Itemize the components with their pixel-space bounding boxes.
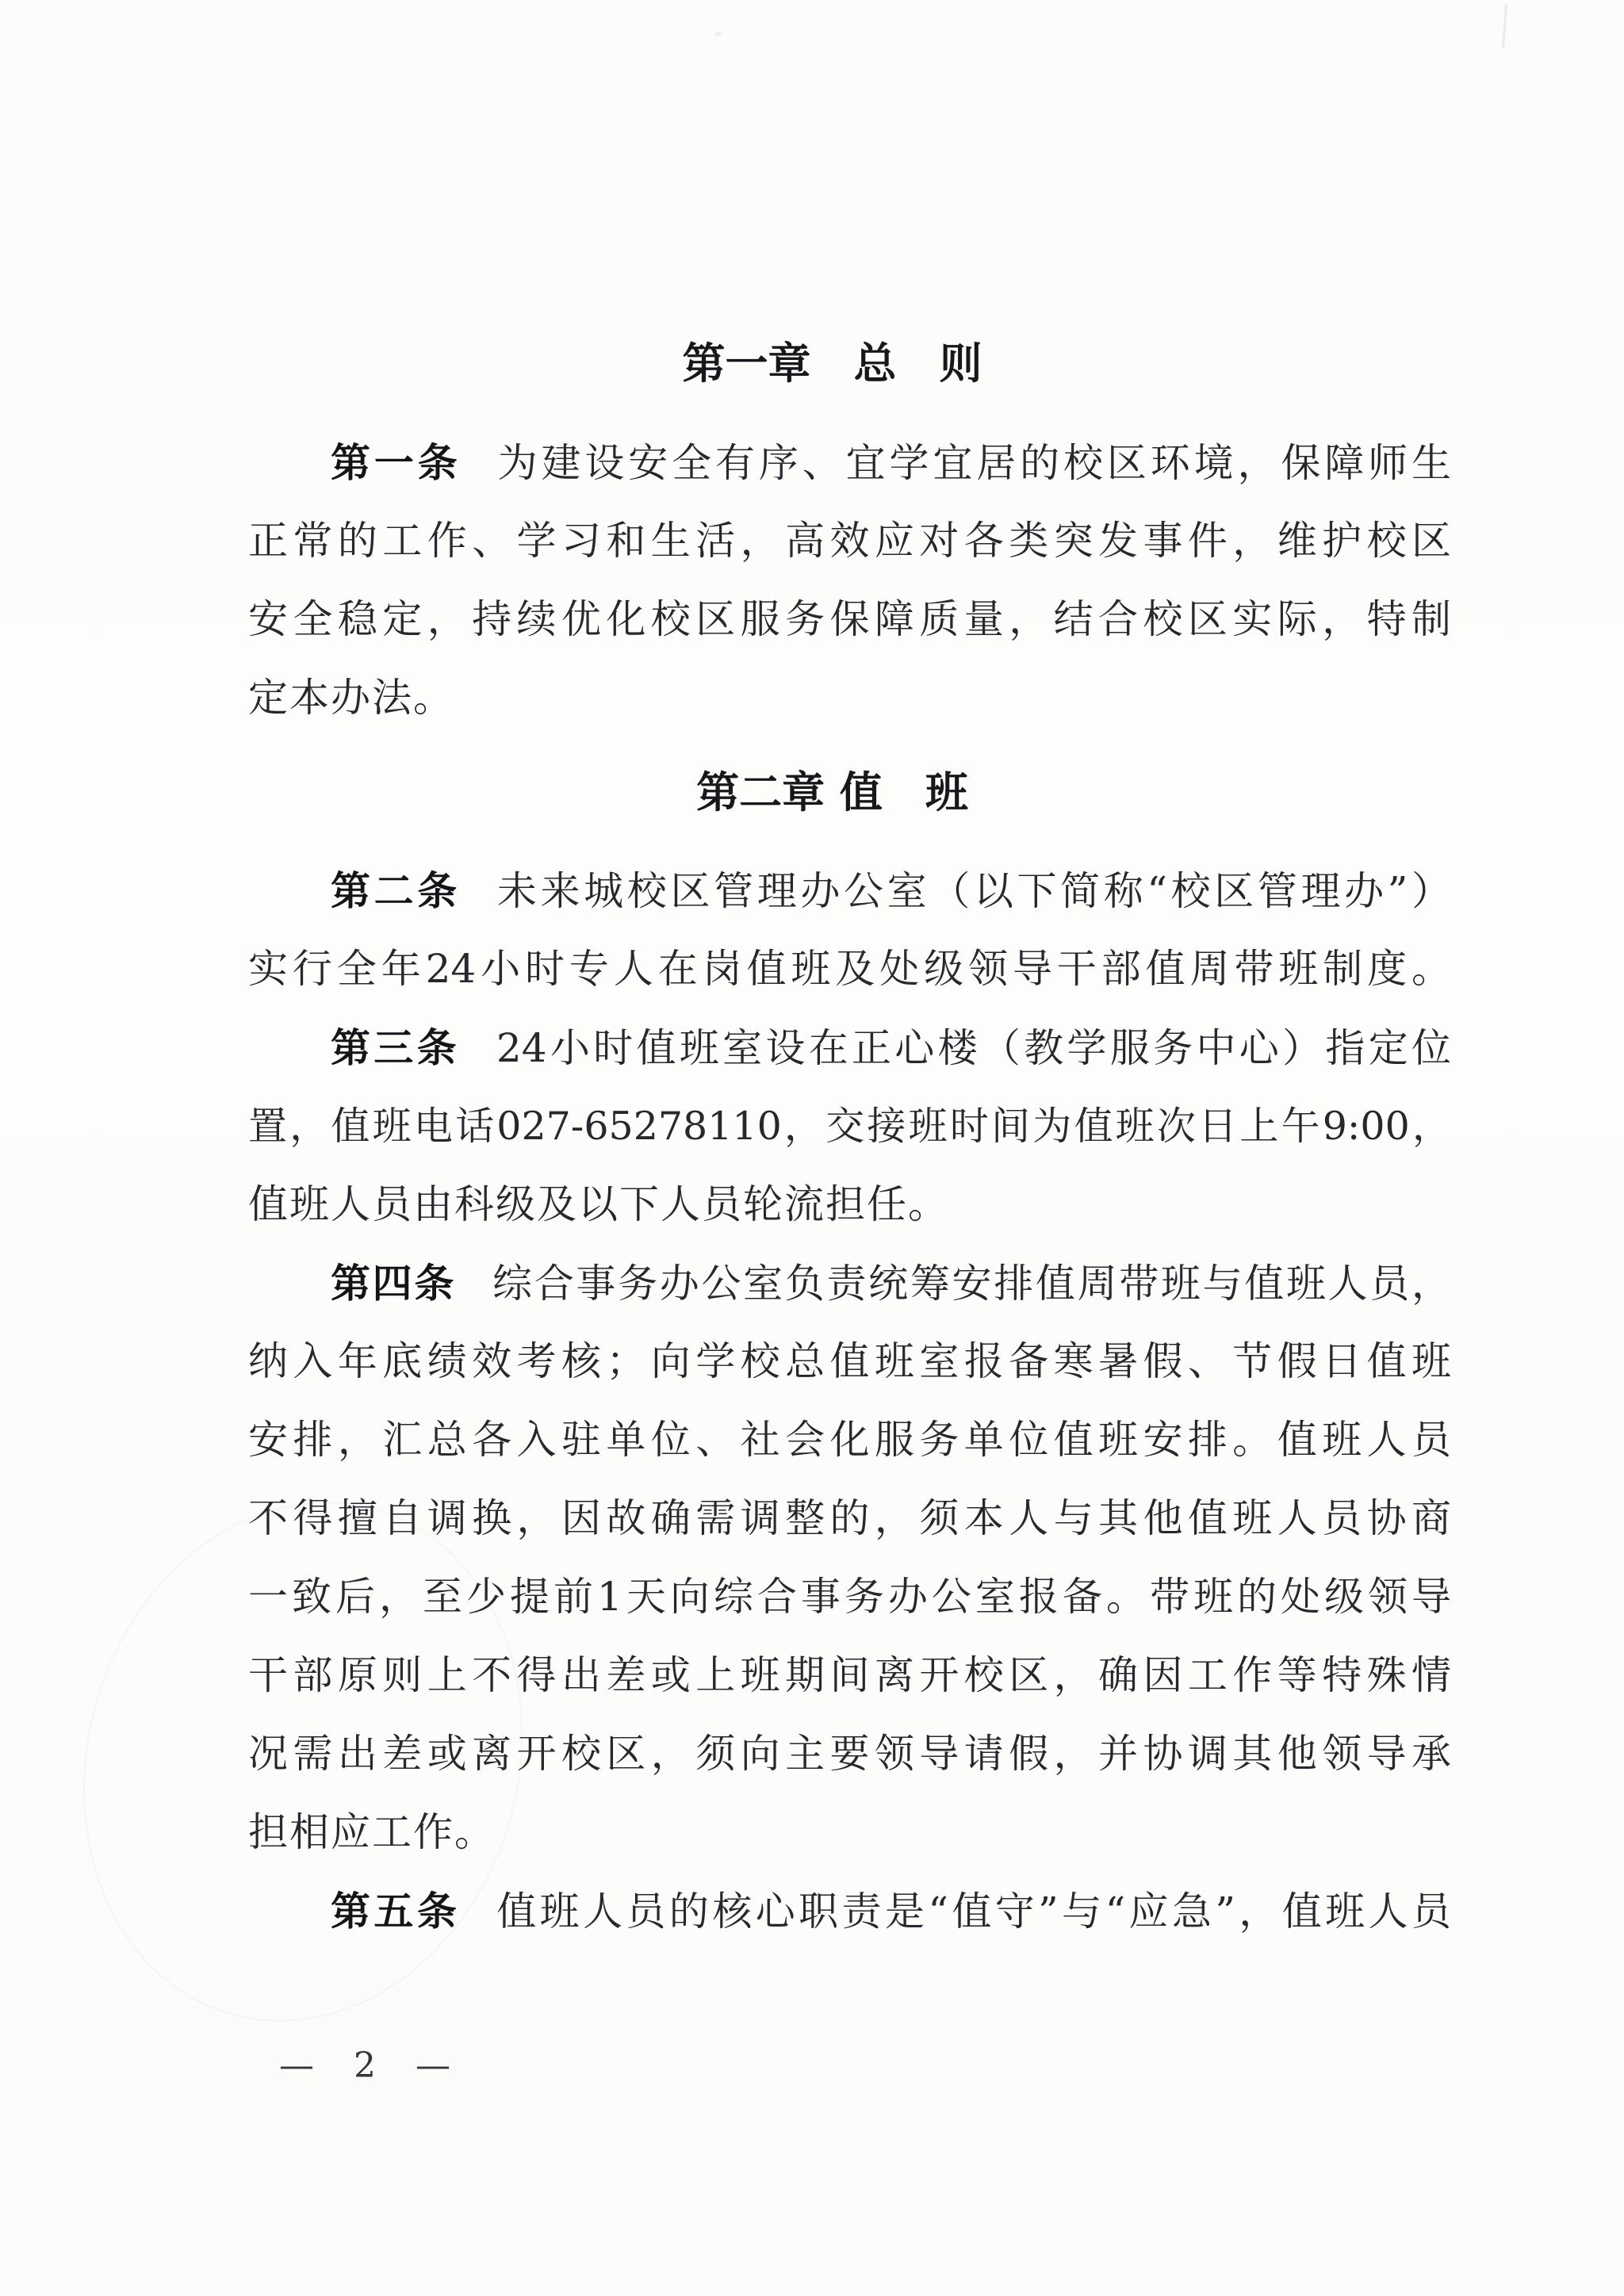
scan-artifact-speck (714, 32, 722, 36)
para-line: 实行全年24小时专人在岗值班及处级领导干部值周带班制度。 (248, 930, 1451, 1008)
line-text: 未来城校区管理办公室（以下简称“校区管理办”） (497, 868, 1451, 914)
para-line: 第一条为建设安全有序、宜学宜居的校区环境，保障师生 (248, 423, 1451, 502)
article-2-label: 第二条 (331, 867, 461, 914)
article-3-paragraph: 第三条24小时值班室设在正心楼（教学服务中心）指定位 置，值班电话027-652… (248, 1008, 1451, 1244)
article-4-label: 第四条 (331, 1260, 456, 1307)
para-line: 第四条综合事务办公室负责统筹安排值周带班与值班人员， (248, 1244, 1451, 1322)
line-text: 为建设安全有序、宜学宜居的校区环境，保障师生 (498, 440, 1451, 486)
para-line: 值班人员由科级及以下人员轮流担任。 (248, 1165, 1451, 1244)
article-3-label: 第三条 (331, 1024, 460, 1071)
line-text: 综合事务办公室负责统筹安排值周带班与值班人员， (492, 1261, 1451, 1307)
para-line: 第二条未来城校区管理办公室（以下简称“校区管理办”） (248, 851, 1451, 930)
page-number: — 2 — (279, 2045, 452, 2087)
para-line: 置，值班电话027-65278110，交接班时间为值班次日上午9:00， (248, 1087, 1451, 1165)
line-text: 值班人员的核心职责是“值守”与“应急”，值班人员 (496, 1888, 1451, 1934)
para-line: 安全稳定，持续优化校区服务保障质量，结合校区实际，特制 (248, 580, 1451, 659)
chapter-2-heading: 第二章 值 班 (231, 753, 1434, 832)
scanned-document-page: 第一章 总 则 第一条为建设安全有序、宜学宜居的校区环境，保障师生 正常的工作、… (0, 0, 1624, 2296)
line-text: 24小时值班室设在正心楼（教学服务中心）指定位 (496, 1025, 1451, 1071)
para-line: 纳入年底绩效考核；向学校总值班室报备寒暑假、节假日值班 (248, 1322, 1451, 1401)
para-line: 安排，汇总各入驻单位、社会化服务单位值班安排。值班人员 (248, 1401, 1451, 1479)
article-1-label: 第一条 (331, 439, 462, 486)
article-1-paragraph: 第一条为建设安全有序、宜学宜居的校区环境，保障师生 正常的工作、学习和生活，高效… (248, 423, 1451, 737)
scan-artifact-speck (1502, 5, 1507, 48)
chapter-1-heading: 第一章 总 则 (231, 324, 1434, 403)
para-line: 第三条24小时值班室设在正心楼（教学服务中心）指定位 (248, 1008, 1451, 1087)
article-2-paragraph: 第二条未来城校区管理办公室（以下简称“校区管理办”） 实行全年24小时专人在岗值… (248, 851, 1451, 1008)
para-line: 定本办法。 (248, 659, 1451, 737)
para-line: 正常的工作、学习和生活，高效应对各类突发事件，维护校区 (248, 502, 1451, 580)
